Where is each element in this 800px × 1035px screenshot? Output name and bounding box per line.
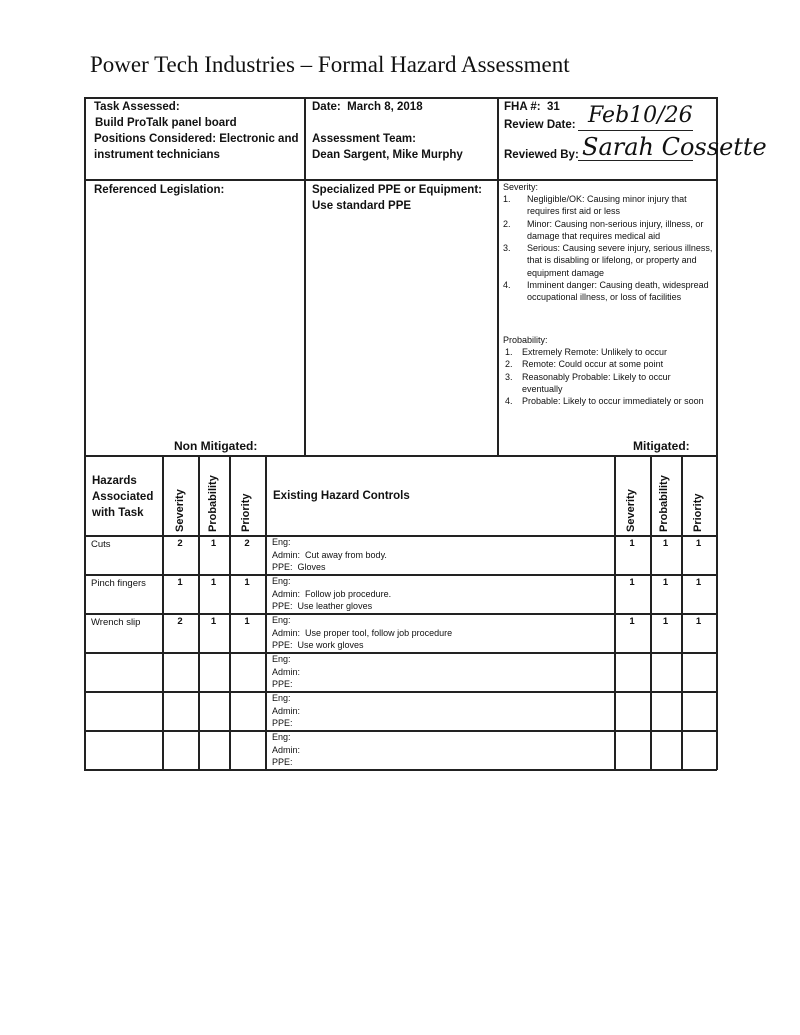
eng-control: Eng: [272, 614, 296, 627]
severity-cell: 2 [162, 538, 198, 549]
severity-item: 2.Minor: Causing non-serious injury, ill… [503, 218, 713, 243]
admin-control-label: Admin: [272, 745, 300, 755]
header-hazards: Hazards Associated with Task [92, 473, 153, 521]
hazard-cell: Pinch fingers [91, 578, 146, 591]
admin-control-label: Admin: [272, 589, 300, 599]
header-severity: Severity [174, 489, 186, 532]
admin-control: Admin: [272, 666, 305, 679]
admin-control-value: Use proper tool, follow job procedure [305, 628, 452, 638]
ppe-control-value: Gloves [298, 562, 326, 572]
eng-control: Eng: [272, 692, 296, 705]
assessment-team-label: Assessment Team: [312, 132, 416, 147]
header-priority: Priority [240, 493, 252, 532]
admin-control: Admin: Use proper tool, follow job proce… [272, 627, 452, 640]
m-probability-cell: 1 [650, 538, 681, 549]
ppe-control: PPE: Use leather gloves [272, 600, 372, 613]
ppe-control-label: PPE: [272, 601, 293, 611]
ppe-control-label: PPE: [272, 757, 293, 767]
positions-label: Positions Considered: [94, 133, 216, 145]
admin-control-value: Cut away from body. [305, 550, 387, 560]
document-title: Power Tech Industries – Formal Hazard As… [90, 52, 570, 78]
assessment-team-value: Dean Sargent, Mike Murphy [312, 148, 463, 163]
admin-control: Admin: Follow job procedure. [272, 588, 391, 601]
eng-control: Eng: [272, 536, 296, 549]
review-date-underline [578, 130, 693, 131]
review-date-value: Feb10/26 [588, 103, 693, 128]
fha-label: FHA #: [504, 101, 541, 113]
probability-scale-title: Probability: [503, 334, 548, 347]
admin-control: Admin: Cut away from body. [272, 549, 387, 562]
date-value: March 8, 2018 [347, 101, 422, 113]
eng-control: Eng: [272, 653, 296, 666]
admin-control-label: Admin: [272, 667, 300, 677]
probability-cell: 1 [198, 616, 229, 627]
ppe-control-value: Use work gloves [298, 640, 364, 650]
ppe-control: PPE: Gloves [272, 561, 326, 574]
probability-item: 2.Remote: Could occur at some point [505, 358, 710, 370]
eng-control: Eng: [272, 731, 296, 744]
priority-cell: 1 [229, 616, 265, 627]
header-mitigated-severity: Severity [625, 489, 637, 532]
ppe-control-value: Use leather gloves [298, 601, 373, 611]
ppe-control: PPE: Use work gloves [272, 639, 364, 652]
fha-value: 31 [547, 101, 560, 113]
admin-control-value: Follow job procedure. [305, 589, 391, 599]
header-mitigated-priority: Priority [692, 493, 704, 532]
m-probability-cell: 1 [650, 577, 681, 588]
probability-cell: 1 [198, 538, 229, 549]
ppe-control-label: PPE: [272, 640, 293, 650]
eng-control-label: Eng: [272, 576, 291, 586]
probability-scale-list: 1.Extremely Remote: Unlikely to occur 2.… [505, 346, 710, 407]
priority-cell: 2 [229, 538, 265, 549]
severity-cell: 1 [162, 577, 198, 588]
ppe-control: PPE: [272, 756, 298, 769]
ppe-control-label: PPE: [272, 679, 293, 689]
positions-value: Electronic and [219, 133, 298, 145]
eng-control-label: Eng: [272, 654, 291, 664]
mitigated-label: Mitigated: [633, 439, 690, 454]
m-severity-cell: 1 [614, 577, 650, 588]
severity-item: 1.Negligible/OK: Causing minor injury th… [503, 193, 713, 218]
non-mitigated-label: Non Mitigated: [174, 439, 257, 454]
positions-considered: Positions Considered: Electronic and [94, 132, 299, 147]
ppe-control: PPE: [272, 717, 298, 730]
priority-cell: 1 [229, 577, 265, 588]
reviewed-by-signature: Sarah Cossette [582, 133, 767, 161]
eng-control-label: Eng: [272, 537, 291, 547]
referenced-legislation-label: Referenced Legislation: [94, 183, 224, 198]
eng-control-label: Eng: [272, 732, 291, 742]
probability-item: 1.Extremely Remote: Unlikely to occur [505, 346, 710, 358]
fha-number: FHA #: 31 [504, 100, 560, 115]
m-probability-cell: 1 [650, 616, 681, 627]
admin-control-label: Admin: [272, 706, 300, 716]
specialized-ppe-value: Use standard PPE [312, 199, 411, 214]
task-assessed-label: Task Assessed: [94, 100, 180, 115]
ppe-control-label: PPE: [272, 718, 293, 728]
assessment-date: Date: March 8, 2018 [312, 100, 423, 115]
positions-value-line2: instrument technicians [94, 148, 220, 163]
eng-control-label: Eng: [272, 615, 291, 625]
m-severity-cell: 1 [614, 538, 650, 549]
admin-control-label: Admin: [272, 628, 300, 638]
header-probability: Probability [207, 475, 219, 532]
specialized-ppe-label: Specialized PPE or Equipment: [312, 183, 482, 198]
header-existing-controls: Existing Hazard Controls [273, 489, 410, 504]
severity-scale-title: Severity: [503, 181, 538, 194]
hazard-cell: Wrench slip [91, 617, 140, 630]
admin-control: Admin: [272, 744, 305, 757]
severity-item: 4.Imminent danger: Causing death, widesp… [503, 279, 713, 304]
review-date-label: Review Date: [504, 118, 576, 133]
admin-control: Admin: [272, 705, 305, 718]
severity-scale-list: 1.Negligible/OK: Causing minor injury th… [503, 193, 713, 304]
reviewed-by-label: Reviewed By: [504, 148, 579, 163]
m-priority-cell: 1 [681, 616, 716, 627]
m-priority-cell: 1 [681, 577, 716, 588]
m-severity-cell: 1 [614, 616, 650, 627]
admin-control-label: Admin: [272, 550, 300, 560]
task-assessed-value: Build ProTalk panel board [95, 116, 237, 131]
eng-control-label: Eng: [272, 693, 291, 703]
eng-control: Eng: [272, 575, 296, 588]
ppe-control-label: PPE: [272, 562, 293, 572]
severity-cell: 2 [162, 616, 198, 627]
ppe-control: PPE: [272, 678, 298, 691]
probability-cell: 1 [198, 577, 229, 588]
header-mitigated-probability: Probability [658, 475, 670, 532]
hazard-cell: Cuts [91, 539, 111, 552]
date-label: Date: [312, 101, 341, 113]
m-priority-cell: 1 [681, 538, 716, 549]
severity-item: 3.Serious: Causing severe injury, seriou… [503, 242, 713, 279]
probability-item: 3.Reasonably Probable: Likely to occur e… [505, 371, 710, 396]
probability-item: 4.Probable: Likely to occur immediately … [505, 395, 710, 407]
